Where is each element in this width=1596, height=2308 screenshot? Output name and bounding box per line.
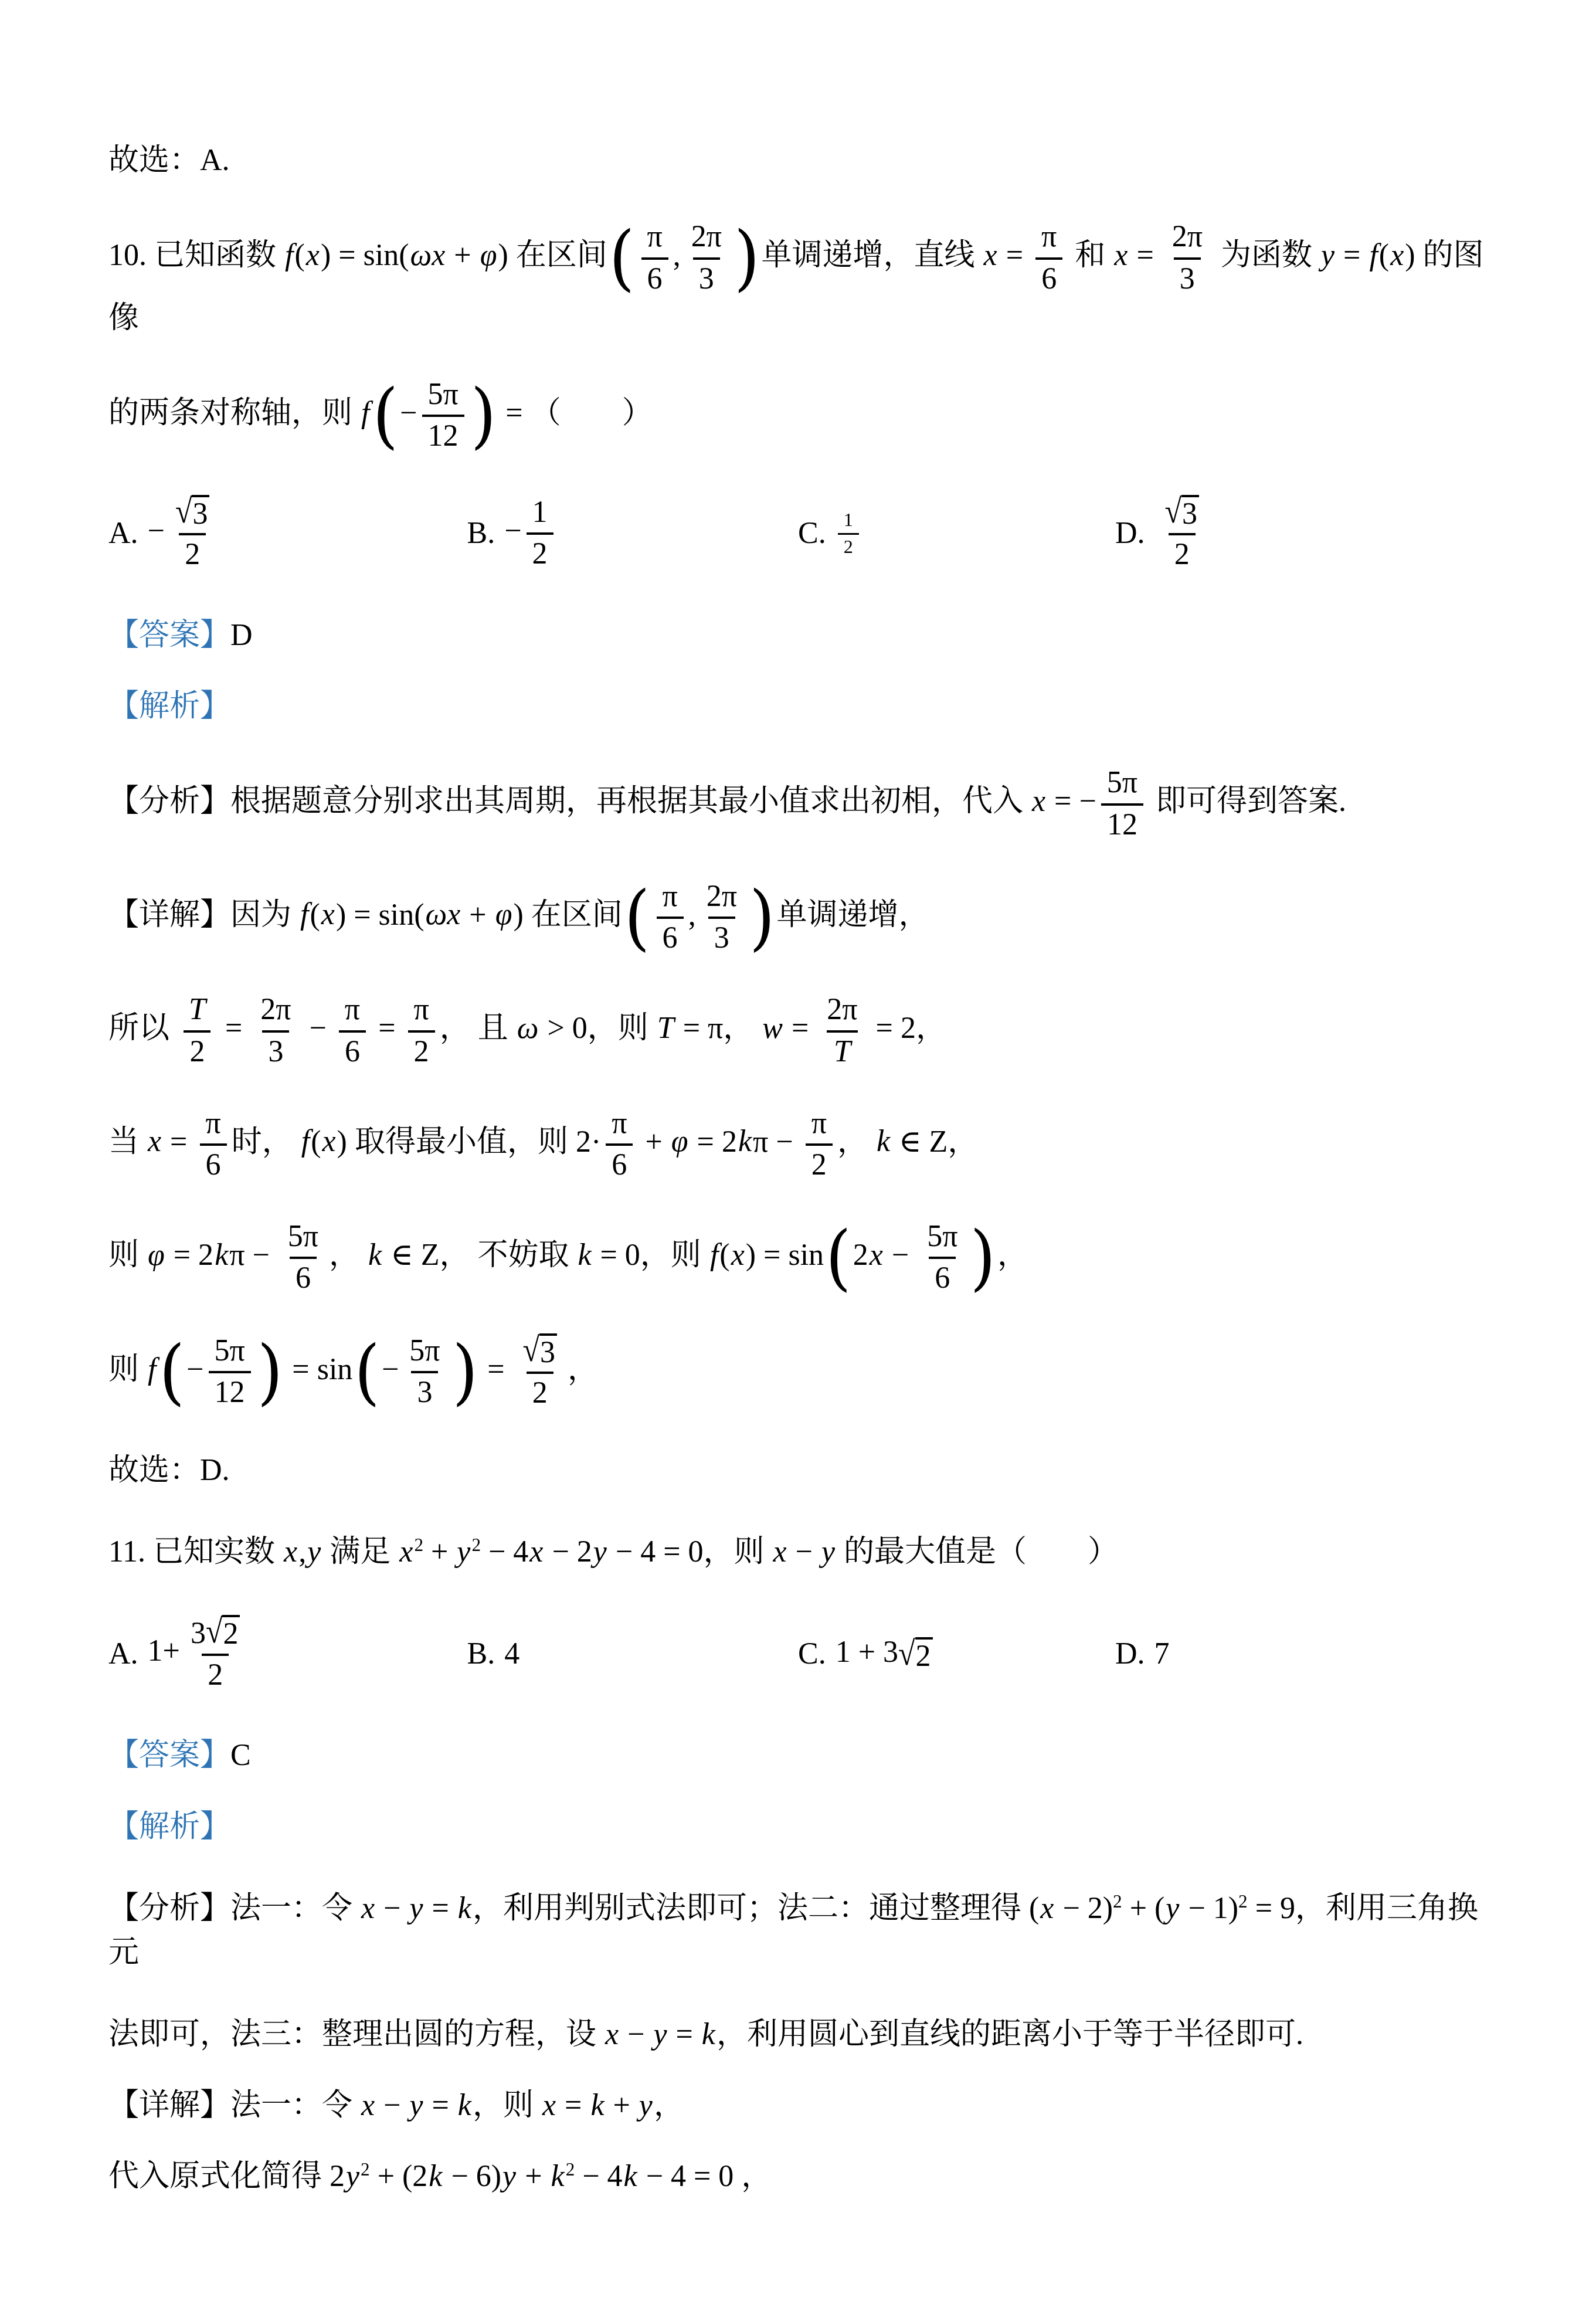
math-txt: − [788, 1535, 820, 1569]
math-txt: − [148, 514, 165, 548]
q10-detail-3: 当 x = π6时， f(x) 取得最小值，则 2·π6 + φ = 2kπ −… [108, 1107, 1488, 1182]
math-sqrt: √2 [898, 1637, 933, 1673]
q10-stem-line-1: 10. 已知函数 f(x) = sin(ωx + φ) 在区间(π6,2π3)单… [108, 220, 1488, 340]
math-it: k [576, 1238, 592, 1272]
math-frac: √32 [517, 1333, 563, 1411]
document-page: 故选：A. 10. 已知函数 f(x) = sin(ωx + φ) 在区间(π6… [0, 0, 1596, 2308]
option-value: 7 [1154, 1637, 1170, 1671]
q10-option-c: C. 12 [798, 510, 1115, 557]
math-txt: − [376, 2089, 408, 2122]
math-txt: , [673, 239, 681, 272]
math-sup: 2 [471, 1535, 481, 1555]
math-it: y [408, 1892, 424, 1925]
math-blue: 【解析】 [108, 1810, 230, 1844]
math-txt: = [1336, 239, 1368, 272]
math-txt: 2π [707, 880, 737, 914]
math-txt: 7 [1154, 1637, 1170, 1671]
math-it: f [147, 1353, 157, 1386]
option-label: C. [798, 516, 826, 551]
math-frac: 2π3 [685, 220, 728, 296]
math-it: y [345, 2160, 361, 2193]
math-txt: π [1041, 220, 1057, 254]
math-sqrt: √3 [175, 495, 210, 531]
math-txt: = [425, 1892, 457, 1925]
math-txt: 2π [827, 993, 857, 1027]
math-txt: 2 [412, 2160, 427, 2193]
math-it: f [709, 1238, 719, 1272]
math-txt: 2 [532, 537, 548, 571]
math-it: k [875, 1125, 891, 1158]
math-txt: ) 取得最小值，则 2· [337, 1125, 602, 1158]
option-label: B. [467, 516, 495, 551]
math-txt: ， [329, 1238, 367, 1272]
math-txt: = [162, 1125, 195, 1158]
math-txt: 2 [185, 538, 200, 572]
math-txt: ( [311, 1125, 321, 1158]
option-label: D. [1115, 516, 1145, 551]
q10-jiexi-label: 【解析】 [108, 684, 1488, 728]
math-sup: 2 [414, 1535, 423, 1555]
math-it: φ [147, 1238, 166, 1272]
math-txt: 即可得到答案. [1148, 785, 1346, 818]
math-txt: − [620, 2018, 652, 2051]
math-it: x [1389, 239, 1405, 272]
option-value: 1 + 3√2 [836, 1635, 933, 1673]
math-it: k [701, 2018, 716, 2051]
math-frac: π6 [199, 1107, 226, 1182]
math-txt: ) 在区间 [498, 239, 607, 272]
math-txt: = [480, 1353, 512, 1386]
math-frac: 2π3 [254, 993, 297, 1068]
q11-stem: 11. 已知实数 x,y 满足 x2 + y2 − 4x − 2y − 4 = … [108, 1530, 1488, 1574]
math-txt: π [811, 1107, 827, 1141]
math-it: x [868, 1238, 884, 1272]
math-txt: 3 [1180, 262, 1195, 296]
math-txt: 1+ [148, 1634, 180, 1668]
math-txt: = 2 [166, 1238, 213, 1272]
math-txt: = 2， [868, 1012, 946, 1045]
q11-option-d: D. 7 [1115, 1637, 1488, 1671]
math-sup: 2 [361, 2159, 370, 2180]
q11-analysis-1: 【分析】法一：令 x − y = k，利用判别式法即可；法二：通过整理得 (x … [108, 1886, 1488, 1975]
q11-answer: 【答案】C [108, 1733, 1488, 1777]
math-it: y [306, 1535, 322, 1569]
math-txt: + [461, 898, 494, 931]
math-txt: = − [1047, 785, 1096, 818]
math-txt: ∈ Z， 不妨取 [383, 1238, 576, 1272]
math-it: x [541, 2089, 557, 2122]
math-txt: − 6) [443, 2160, 501, 2193]
math-it: y [652, 2018, 668, 2051]
math-it: f [284, 239, 294, 272]
math-txt: 的两条对称轴，则 [108, 396, 360, 430]
q11-analysis-2: 法即可，法三：整理出圆的方程，设 x − y = k，利用圆心到直线的距离小于等… [108, 2012, 1488, 2056]
math-txt: 12 [428, 419, 459, 453]
math-txt: π − [753, 1125, 801, 1158]
math-txt: − 2) [1055, 1892, 1113, 1925]
math-txt: 2 [811, 1148, 827, 1182]
math-txt: 6 [647, 262, 663, 296]
math-frac: 12 [527, 495, 553, 571]
option-label: D. [1115, 1637, 1145, 1671]
math-txt: 4 [504, 1637, 519, 1671]
math-it: x [283, 1535, 298, 1569]
math-txt: 2 [414, 1035, 429, 1069]
math-txt: D [230, 619, 253, 652]
math-txt: π [345, 993, 360, 1027]
math-txt: = [218, 1012, 250, 1045]
math-frac: √32 [1159, 495, 1206, 572]
option-label: A. [108, 1637, 138, 1671]
math-txt: 1 + 3 [836, 1635, 898, 1669]
math-frac: T2 [182, 993, 213, 1068]
math-txt: 和 [1067, 239, 1113, 272]
math-frac: π6 [339, 993, 366, 1068]
math-sqrt: √3 [1165, 495, 1200, 531]
option-label: B. [467, 1637, 495, 1671]
math-it: ω [516, 1012, 540, 1045]
math-txt: = [1129, 239, 1161, 272]
option-value: 12 [836, 510, 861, 557]
option-value: −√32 [148, 495, 220, 572]
math-txt: 代入原式化简得 2 [108, 2160, 345, 2193]
math-frac: 5π3 [403, 1334, 446, 1410]
math-txt: ∈ Z， [891, 1125, 978, 1158]
math-it: x [320, 898, 336, 931]
math-txt: = [557, 2089, 589, 2122]
math-txt: 2 [189, 1035, 205, 1069]
math-txt: 5π [427, 378, 458, 412]
math-txt: π [662, 880, 677, 914]
math-txt: 的最大值是（ ） [836, 1535, 1118, 1569]
math-txt: 满足 [322, 1535, 398, 1569]
q10-detail-2: 所以 T2 = 2π3 − π6 = π2， 且 ω > 0，则 T = π， … [108, 993, 1488, 1068]
math-frac: 5π6 [282, 1220, 324, 1295]
math-it: x [360, 1892, 376, 1925]
math-txt: − 4 = 0 ， [639, 2160, 772, 2193]
math-it: T [188, 993, 207, 1027]
math-txt: ) = sin [746, 1238, 824, 1272]
math-it: x [1039, 1892, 1055, 1925]
math-it: x [1113, 239, 1129, 272]
math-sqrt: √2 [206, 1615, 240, 1651]
math-txt: − [504, 514, 521, 548]
math-it: k [213, 1238, 229, 1272]
math-txt: 故选：A. [108, 144, 230, 177]
math-txt: 12 [1107, 808, 1137, 842]
math-it: y [1320, 239, 1336, 272]
math-txt: π [612, 1107, 627, 1141]
q11-option-a: A. 1+3√22 [108, 1615, 467, 1692]
math-it: y [1164, 1892, 1180, 1925]
math-txt: − 2 [544, 1535, 592, 1569]
math-txt: = [425, 2089, 457, 2122]
math-txt: 则 [108, 1238, 147, 1272]
math-it: x [321, 1125, 337, 1158]
math-frac: 5π12 [422, 378, 464, 453]
math-it: f [360, 396, 371, 430]
option-value: √32 [1154, 495, 1210, 572]
option-value: 1+3√22 [148, 1615, 251, 1692]
q11-detail-1: 【详解】法一：令 x − y = k，则 x = k + y， [108, 2083, 1488, 2127]
math-txt: 单调递增，直线 [762, 239, 983, 272]
math-txt: ，利用判别式法即可；法二：通过整理得 [473, 1892, 1029, 1925]
math-txt: 2 [532, 1376, 548, 1410]
math-frac: 2π3 [701, 880, 743, 955]
math-txt: 2π [260, 993, 291, 1027]
math-it: y [501, 2160, 517, 2193]
math-it: k [550, 2160, 566, 2193]
math-txt: + [446, 239, 478, 272]
math-txt: = π， [675, 1012, 762, 1045]
math-txt: 5π [288, 1220, 318, 1254]
math-frac: π6 [1035, 220, 1062, 296]
math-it: φ [494, 898, 514, 931]
math-it: φ [670, 1125, 690, 1158]
math-txt: − [186, 1353, 203, 1386]
math-txt: − [302, 1012, 334, 1045]
q10-option-b: B. −12 [467, 495, 798, 571]
math-it: x [730, 1238, 746, 1272]
q11-option-b: B. 4 [467, 1637, 798, 1671]
math-txt: ( [294, 239, 304, 272]
q10-option-a: A. −√32 [108, 495, 467, 572]
math-txt: − [400, 396, 417, 430]
math-txt: 5π [927, 1220, 957, 1254]
math-sup: 2 [1238, 1891, 1248, 1912]
math-blue: 【答案】 [108, 1739, 230, 1772]
math-it: φ [479, 239, 498, 272]
math-txt: + ( [370, 2160, 413, 2193]
math-it: x [772, 1535, 787, 1569]
math-frac: π6 [641, 220, 668, 296]
q10-option-d: D. √32 [1115, 495, 1488, 572]
math-txt: = [668, 2018, 701, 2051]
math-txt: 3 [417, 1376, 432, 1410]
math-txt: 1 [844, 510, 853, 530]
math-txt: 6 [1041, 262, 1057, 296]
math-txt: + [605, 2089, 637, 2122]
q10-answer: 【答案】D [108, 613, 1488, 657]
option-label: A. [108, 516, 138, 551]
math-it: k [427, 2160, 443, 2193]
math-it: x [528, 1535, 544, 1569]
math-txt: + ( [1122, 1892, 1165, 1925]
math-txt: 【分析】法一：令 [108, 1892, 360, 1925]
q11-option-c: C. 1 + 3√2 [798, 1635, 1115, 1673]
q10-detail-5: 则 f(−5π12) = sin(−5π3) = √32， [108, 1333, 1488, 1411]
option-label: C. [798, 1637, 826, 1671]
math-it: y [456, 1535, 471, 1569]
math-frac: 12 [838, 510, 859, 557]
math-it: T [656, 1012, 675, 1045]
math-txt: 2 [853, 1238, 868, 1272]
math-txt: + [638, 1125, 670, 1158]
math-txt: , [298, 1535, 306, 1569]
math-txt: ， [837, 1125, 875, 1158]
math-txt: 3 [714, 921, 729, 955]
math-frac: π6 [656, 880, 683, 955]
math-txt: = [999, 239, 1031, 272]
math-txt: ( [1379, 239, 1389, 272]
q10-detail-4: 则 φ = 2kπ − 5π6， k ∈ Z， 不妨取 k = 0，则 f(x)… [108, 1220, 1488, 1295]
math-txt: 【分析】根据题意分别求出其周期，再根据其最小值求出初相，代入 [108, 785, 1031, 818]
math-txt: 6 [345, 1035, 360, 1069]
math-txt: π [647, 220, 662, 254]
math-it: y [820, 1535, 836, 1569]
math-frac: π6 [606, 1107, 633, 1182]
q10-stem-line-2: 的两条对称轴，则 f(−5π12) = （ ） [108, 378, 1488, 453]
math-txt: , [688, 898, 696, 931]
math-txt: 单调递增， [777, 898, 929, 931]
math-txt: = 2 [690, 1125, 737, 1158]
exam-document: { "page": { "background": "#ffffff", "te… [0, 0, 1596, 2308]
math-it: x [604, 2018, 620, 2051]
math-txt: 【详解】因为 [108, 898, 299, 931]
math-txt: 10. 已知函数 [108, 239, 284, 272]
math-txt: 时， [232, 1125, 300, 1158]
q10-conclusion: 故选：D. [108, 1448, 1488, 1492]
math-it: y [638, 2089, 654, 2122]
math-txt: = [784, 1012, 816, 1045]
math-txt: 11. 已知实数 [108, 1535, 283, 1569]
math-txt: = sin [284, 1353, 352, 1386]
math-it: f [300, 1125, 311, 1158]
math-it: x [1031, 785, 1047, 818]
math-txt: π [413, 993, 429, 1027]
math-txt: 6 [663, 921, 678, 955]
math-it: ωx [409, 239, 447, 272]
math-it: x [398, 1535, 414, 1569]
math-sup: 2 [1113, 1891, 1122, 1912]
math-it: T [833, 1035, 852, 1069]
math-it: k [367, 1238, 383, 1272]
q10-options: A. −√32 B. −12 C. 12 D. √32 [108, 495, 1488, 572]
math-txt: 5π [409, 1334, 440, 1368]
math-txt: − 1) [1180, 1892, 1238, 1925]
math-txt: 1 [532, 495, 548, 530]
math-txt: ( [310, 898, 320, 931]
math-it: k [623, 2160, 639, 2193]
math-txt: = （ ） [498, 396, 652, 430]
q11-options: A. 1+3√22 B. 4 C. 1 + 3√2 D. 7 [108, 1615, 1488, 1692]
math-it: ωx [425, 898, 462, 931]
math-txt: 为函数 [1213, 239, 1320, 272]
math-txt: 【详解】法一：令 [108, 2089, 360, 2122]
q11-jiexi-label: 【解析】 [108, 1805, 1488, 1849]
math-txt: ，利用圆心到直线的距离小于等于半径即可. [716, 2018, 1303, 2051]
math-txt: C [230, 1739, 251, 1772]
math-txt: + [517, 2160, 549, 2193]
option-value: 4 [504, 1637, 519, 1671]
math-txt: 3 [268, 1035, 283, 1069]
math-it: k [457, 1892, 473, 1925]
math-txt: π [205, 1107, 220, 1141]
math-frac: 5π12 [1101, 766, 1143, 841]
q11-detail-2: 代入原式化简得 2y2 + (2k − 6)y + k2 − 4k − 4 = … [108, 2154, 1488, 2198]
math-frac: √32 [169, 495, 216, 572]
math-it: f [1368, 239, 1378, 272]
q9-conclusion: 故选：A. [108, 138, 1488, 182]
math-txt: + [423, 1535, 456, 1569]
math-txt: 5π [214, 1334, 245, 1368]
math-txt: − 4 [481, 1535, 528, 1569]
math-txt: > 0，则 [539, 1012, 656, 1045]
math-txt: 12 [215, 1376, 245, 1410]
math-it: y [408, 2089, 424, 2122]
math-frac: 2π3 [1166, 220, 1208, 296]
math-txt: − [376, 1892, 408, 1925]
math-it: k [589, 2089, 605, 2122]
math-frac: 2πT [821, 993, 863, 1068]
math-it: k [457, 2089, 473, 2122]
math-txt: ) 在区间 [513, 898, 622, 931]
math-it: k [737, 1125, 753, 1158]
math-frac: 5π12 [208, 1334, 250, 1410]
math-txt: ) = sin( [336, 898, 425, 931]
math-txt: − 4 [575, 2160, 622, 2193]
math-txt: 6 [296, 1261, 311, 1295]
math-it: f [299, 898, 310, 931]
math-frac: 5π6 [921, 1220, 963, 1295]
q10-detail-1: 【详解】因为 f(x) = sin(ωx + φ) 在区间(π6,2π3)单调递… [108, 880, 1488, 955]
q10-analysis: 【分析】根据题意分别求出其周期，再根据其最小值求出初相，代入 x = −5π12… [108, 766, 1488, 841]
math-it: x [305, 239, 321, 272]
math-txt: π − [229, 1238, 277, 1272]
math-txt: ( [1029, 1892, 1039, 1925]
math-txt: ，则 [473, 2089, 541, 2122]
math-txt: 2 [844, 537, 853, 557]
math-it: w [761, 1012, 784, 1045]
math-txt: 5π [1107, 766, 1137, 800]
math-txt: 3 [699, 262, 714, 296]
option-value: −12 [504, 495, 558, 571]
math-txt: ， [654, 2089, 684, 2122]
math-txt: − [884, 1238, 916, 1272]
math-txt: 6 [206, 1148, 221, 1182]
math-txt: 故选：D. [108, 1454, 230, 1487]
math-txt: = [371, 1012, 403, 1045]
math-txt: ， 且 [440, 1012, 516, 1045]
math-it: y [592, 1535, 608, 1569]
math-it: x [360, 2089, 376, 2122]
math-txt: 则 [108, 1353, 147, 1386]
math-txt: 法即可，法三：整理出圆的方程，设 [108, 2018, 604, 2051]
math-txt: 2π [1172, 220, 1203, 254]
math-txt: 6 [935, 1261, 950, 1295]
math-txt: 2π [691, 220, 722, 254]
math-txt: 2 [1174, 538, 1190, 572]
math-blue: 【答案】 [108, 619, 230, 652]
math-frac: π2 [408, 993, 434, 1068]
math-txt: ， [568, 1353, 598, 1386]
math-it: x [983, 239, 999, 272]
math-txt: − [382, 1353, 399, 1386]
math-blue: 【解析】 [108, 690, 230, 723]
math-sqrt: √3 [523, 1333, 558, 1369]
math-sup: 2 [566, 2159, 575, 2180]
math-txt: − 4 = 0，则 [608, 1535, 772, 1569]
math-txt: 2 [208, 1658, 223, 1692]
math-txt: 3 [191, 1617, 206, 1651]
math-txt: = 0，则 [593, 1238, 709, 1272]
math-txt: ， [997, 1238, 1028, 1272]
math-txt: 当 [108, 1125, 147, 1158]
math-txt: ) = sin( [321, 239, 409, 272]
math-txt: 6 [612, 1148, 627, 1182]
math-frac: π2 [806, 1107, 833, 1182]
math-frac: 3√22 [185, 1615, 246, 1692]
